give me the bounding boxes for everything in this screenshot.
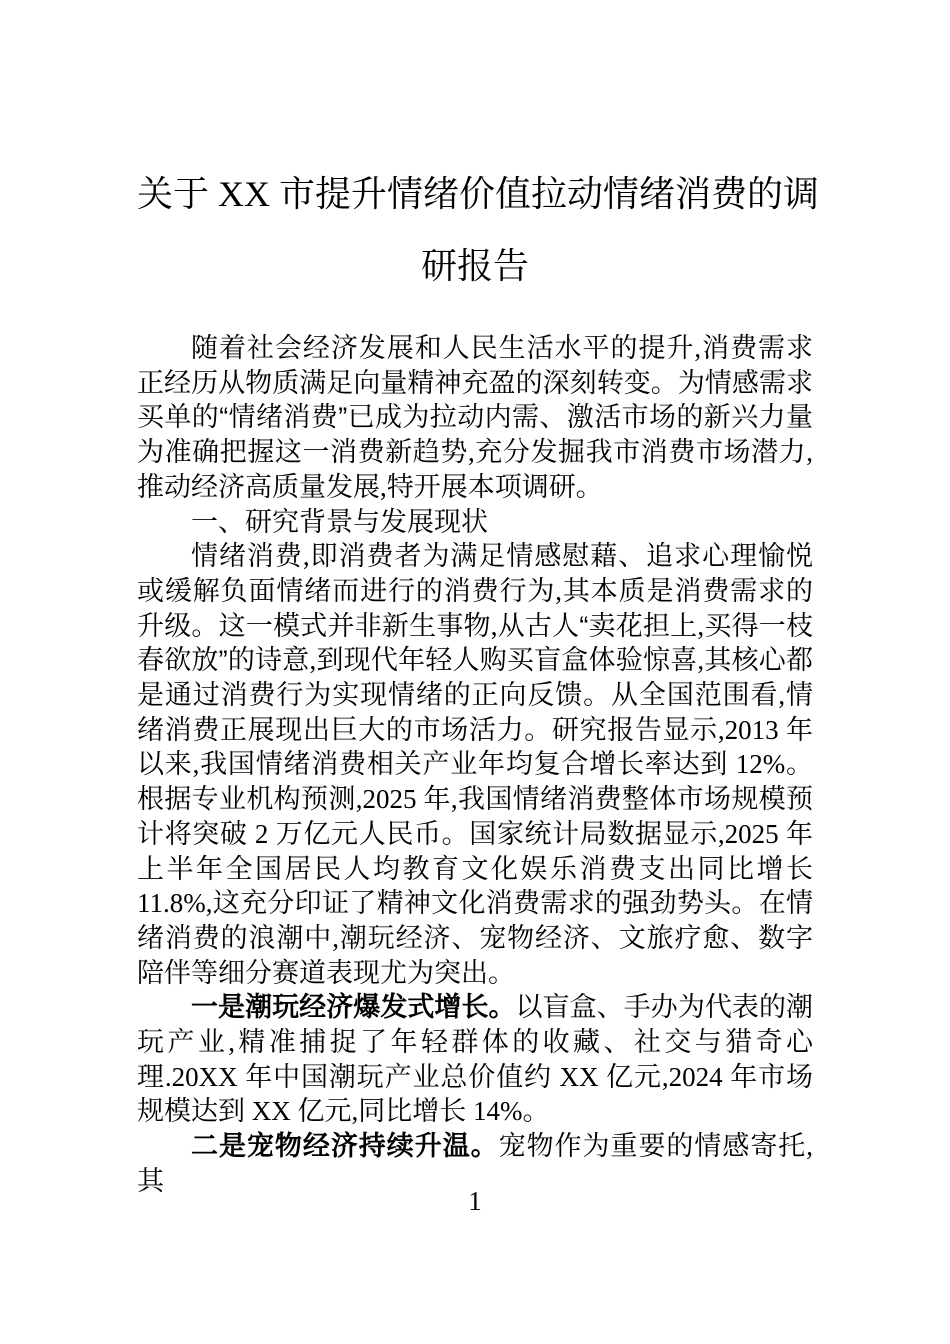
latin-text: , xyxy=(468,437,475,467)
latin-text: ,2024 xyxy=(662,1062,730,1092)
latin-text: , xyxy=(697,645,704,675)
page-footer: 1 xyxy=(0,1184,950,1218)
latin-text: , xyxy=(228,1027,235,1057)
latin-text: ,2013 xyxy=(718,715,786,745)
latin-text: , xyxy=(309,645,316,675)
document-title: 关于 XX 市提升情绪价值拉动情绪消费的调 研报告 xyxy=(137,158,813,302)
latin-text: , xyxy=(778,680,785,710)
latin-text: , xyxy=(806,437,813,467)
latin-text: ,2025 xyxy=(718,819,786,849)
section-heading: 一、研究背景与发展现状 xyxy=(137,505,813,540)
latin-text: , xyxy=(694,333,701,363)
document-title-line-1: 关于 XX 市提升情绪价值拉动情绪消费的调 xyxy=(137,158,813,230)
latin-text: , xyxy=(303,541,310,571)
latin-text: XX xyxy=(245,1096,298,1126)
latin-text: 11.8%, xyxy=(137,888,213,918)
latin-text: , xyxy=(352,1096,359,1126)
body-paragraph: 随着社会经济发展和人民生活水平的提升,消费需求正经历从物质满足向量精神充盈的深刻… xyxy=(137,331,813,505)
latin-text: .20XX xyxy=(165,1062,245,1092)
latin-text: 12% xyxy=(728,749,785,779)
latin-text: , xyxy=(806,1131,813,1161)
latin-text: , xyxy=(451,784,458,814)
document-page: 关于 XX 市提升情绪价值拉动情绪消费的调 研报告 随着社会经济发展和人民生活水… xyxy=(0,0,950,1344)
latin-text: , xyxy=(193,749,200,779)
body-paragraph: 情绪消费,即消费者为满足情感慰藉、追求心理愉悦或缓解负面情绪而进行的消费行为,其… xyxy=(137,539,813,990)
latin-text: , xyxy=(380,472,387,502)
latin-text: XX xyxy=(552,1062,606,1092)
page-number: 1 xyxy=(468,1186,482,1216)
latin-text: , xyxy=(332,923,339,953)
document-title-line-2: 研报告 xyxy=(137,230,813,302)
body-paragraph: 一是潮玩经济爆发式增长。以盲盒、手办为代表的潮玩产业,精准捕捉了年轻群体的收藏、… xyxy=(137,990,813,1129)
latin-text: ,2025 xyxy=(356,784,424,814)
latin-text: XX xyxy=(209,174,279,214)
latin-text: 2 xyxy=(248,819,276,849)
latin-text: , xyxy=(697,611,704,641)
document-body: 随着社会经济发展和人民生活水平的提升,消费需求正经历从物质满足向量精神充盈的深刻… xyxy=(137,331,813,1199)
latin-text: 14% xyxy=(466,1096,522,1126)
latin-text: , xyxy=(555,576,562,606)
paragraph-bold-lead: 二是宠物经济持续升温。 xyxy=(191,1131,499,1161)
paragraph-bold-lead: 一是潮玩经济爆发式增长。 xyxy=(191,992,516,1022)
latin-text: , xyxy=(491,611,498,641)
